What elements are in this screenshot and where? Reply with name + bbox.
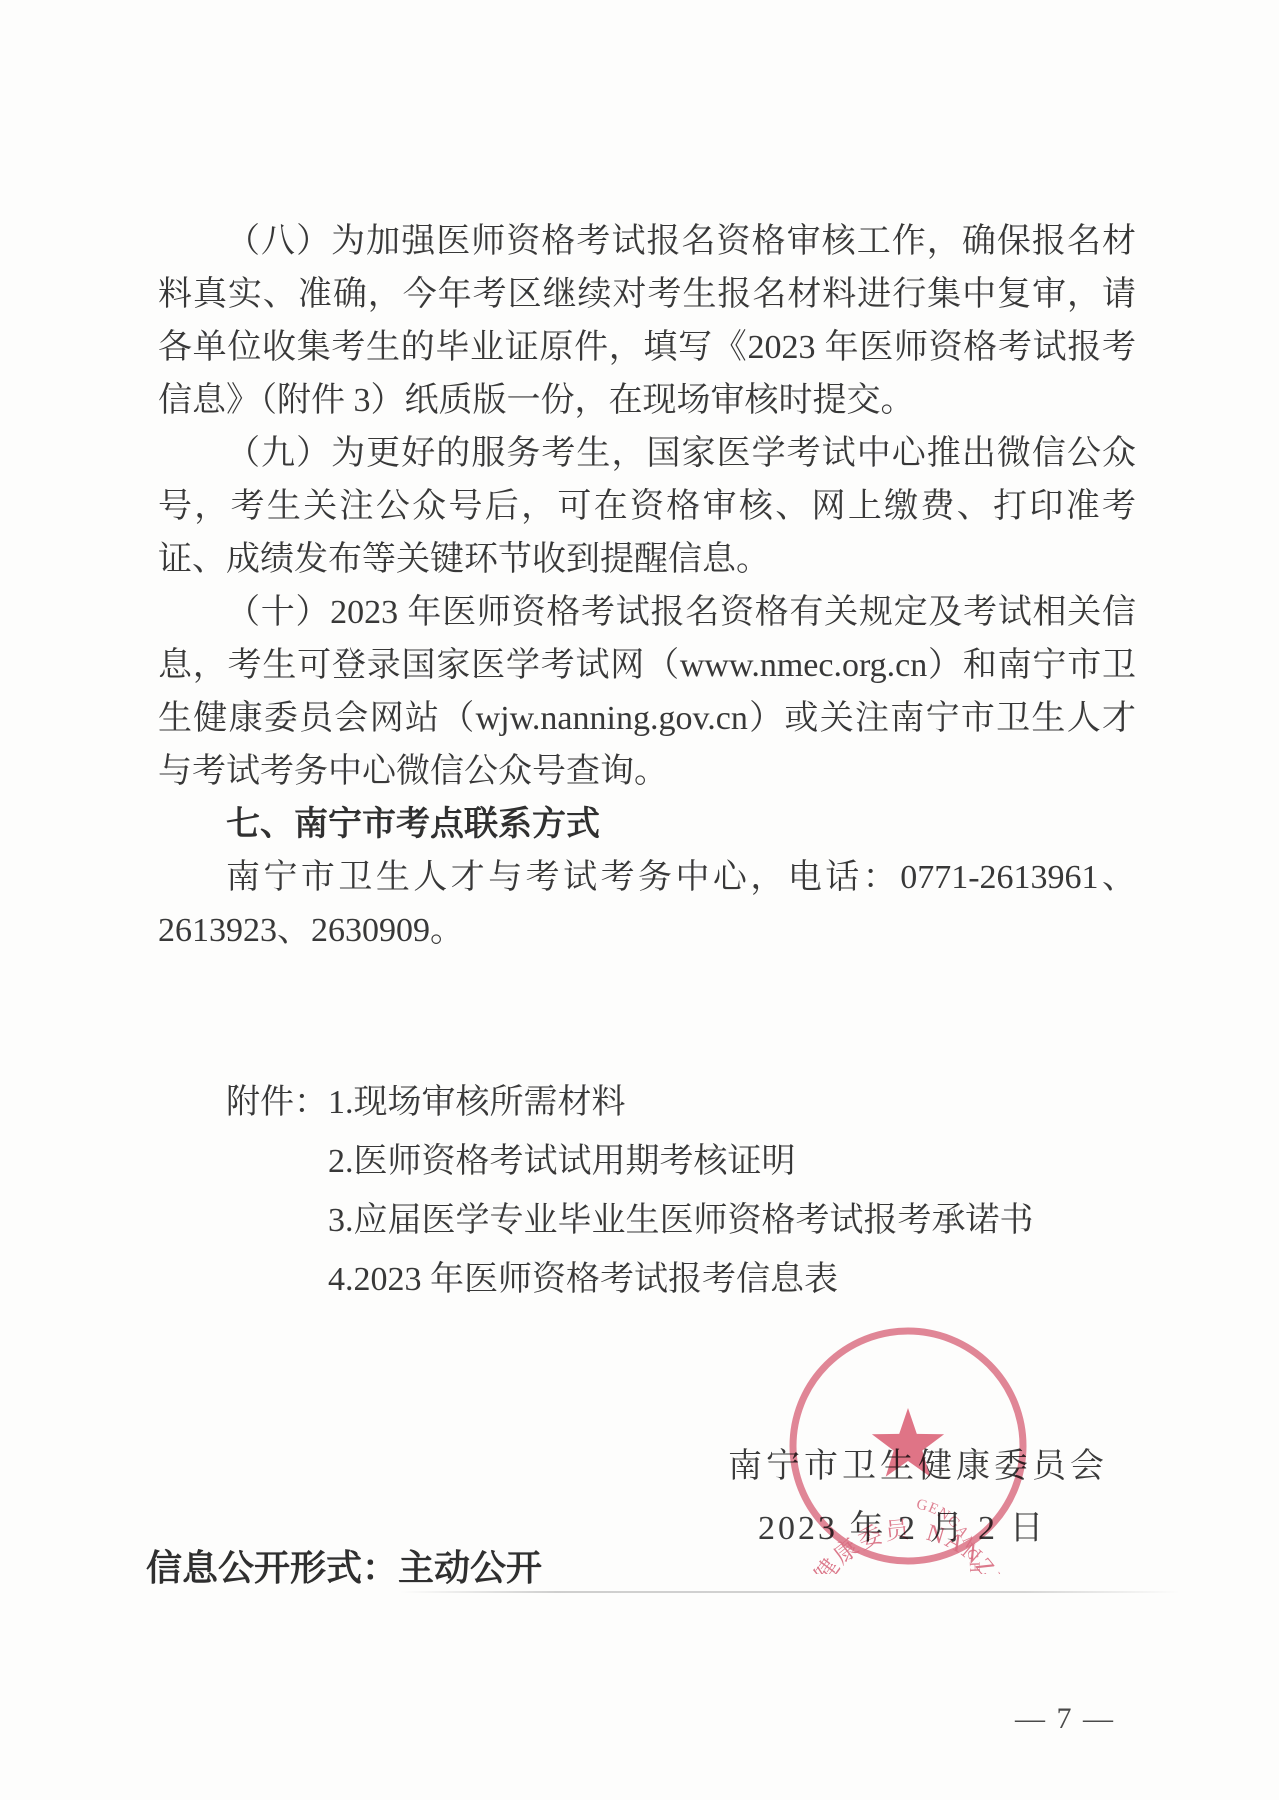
- attachment-item: 1.现场审核所需材料: [328, 1073, 1136, 1132]
- seal-star-icon: [872, 1408, 944, 1477]
- body-text-block: （八）为加强医师资格考试报名资格审核工作，确保报名材料真实、准确，今年考区继续对…: [158, 215, 1136, 1309]
- scan-artifact-line: [400, 1591, 1180, 1593]
- attachments-list: 1.现场审核所需材料 2.医师资格考试试用期考核证明 3.应届医学专业毕业生医师…: [328, 1073, 1136, 1309]
- attachment-item: 4.2023 年医师资格考试报考信息表: [328, 1250, 1136, 1309]
- section-heading: 七、南宁市考点联系方式: [158, 798, 1136, 851]
- attachments-label: 附件：: [226, 1073, 328, 1309]
- paragraph-10: （十）2023 年医师资格考试报名资格有关规定及考试相关信息，考生可登录国家医学…: [158, 586, 1136, 798]
- attachment-item: 2.医师资格考试试用期考核证明: [328, 1132, 1136, 1191]
- attachment-item: 3.应届医学专业毕业生医师资格考试报考承诺书: [328, 1191, 1136, 1250]
- document-page: （八）为加强医师资格考试报名资格审核工作，确保报名材料真实、准确，今年考区继续对…: [0, 0, 1279, 1800]
- disclosure-type-label: 信息公开形式：主动公开: [146, 1540, 542, 1591]
- contact-paragraph: 南宁市卫生人才与考试考务中心，电话：0771-2613961、2613923、2…: [158, 851, 1136, 957]
- paragraph-9: （九）为更好的服务考生，国家医学考试中心推出微信公众号，考生关注公众号后，可在资…: [158, 427, 1136, 586]
- paragraph-8: （八）为加强医师资格考试报名资格审核工作，确保报名材料真实、准确，今年考区继续对…: [158, 215, 1136, 427]
- page-number: — 7 —: [990, 1702, 1140, 1736]
- official-seal: NANZNINGZ SI VEISWNGH南宁市卫生健康委员会 GENGANGH…: [780, 1318, 1036, 1574]
- attachments-block: 附件： 1.现场审核所需材料 2.医师资格考试试用期考核证明 3.应届医学专业毕…: [226, 1073, 1136, 1309]
